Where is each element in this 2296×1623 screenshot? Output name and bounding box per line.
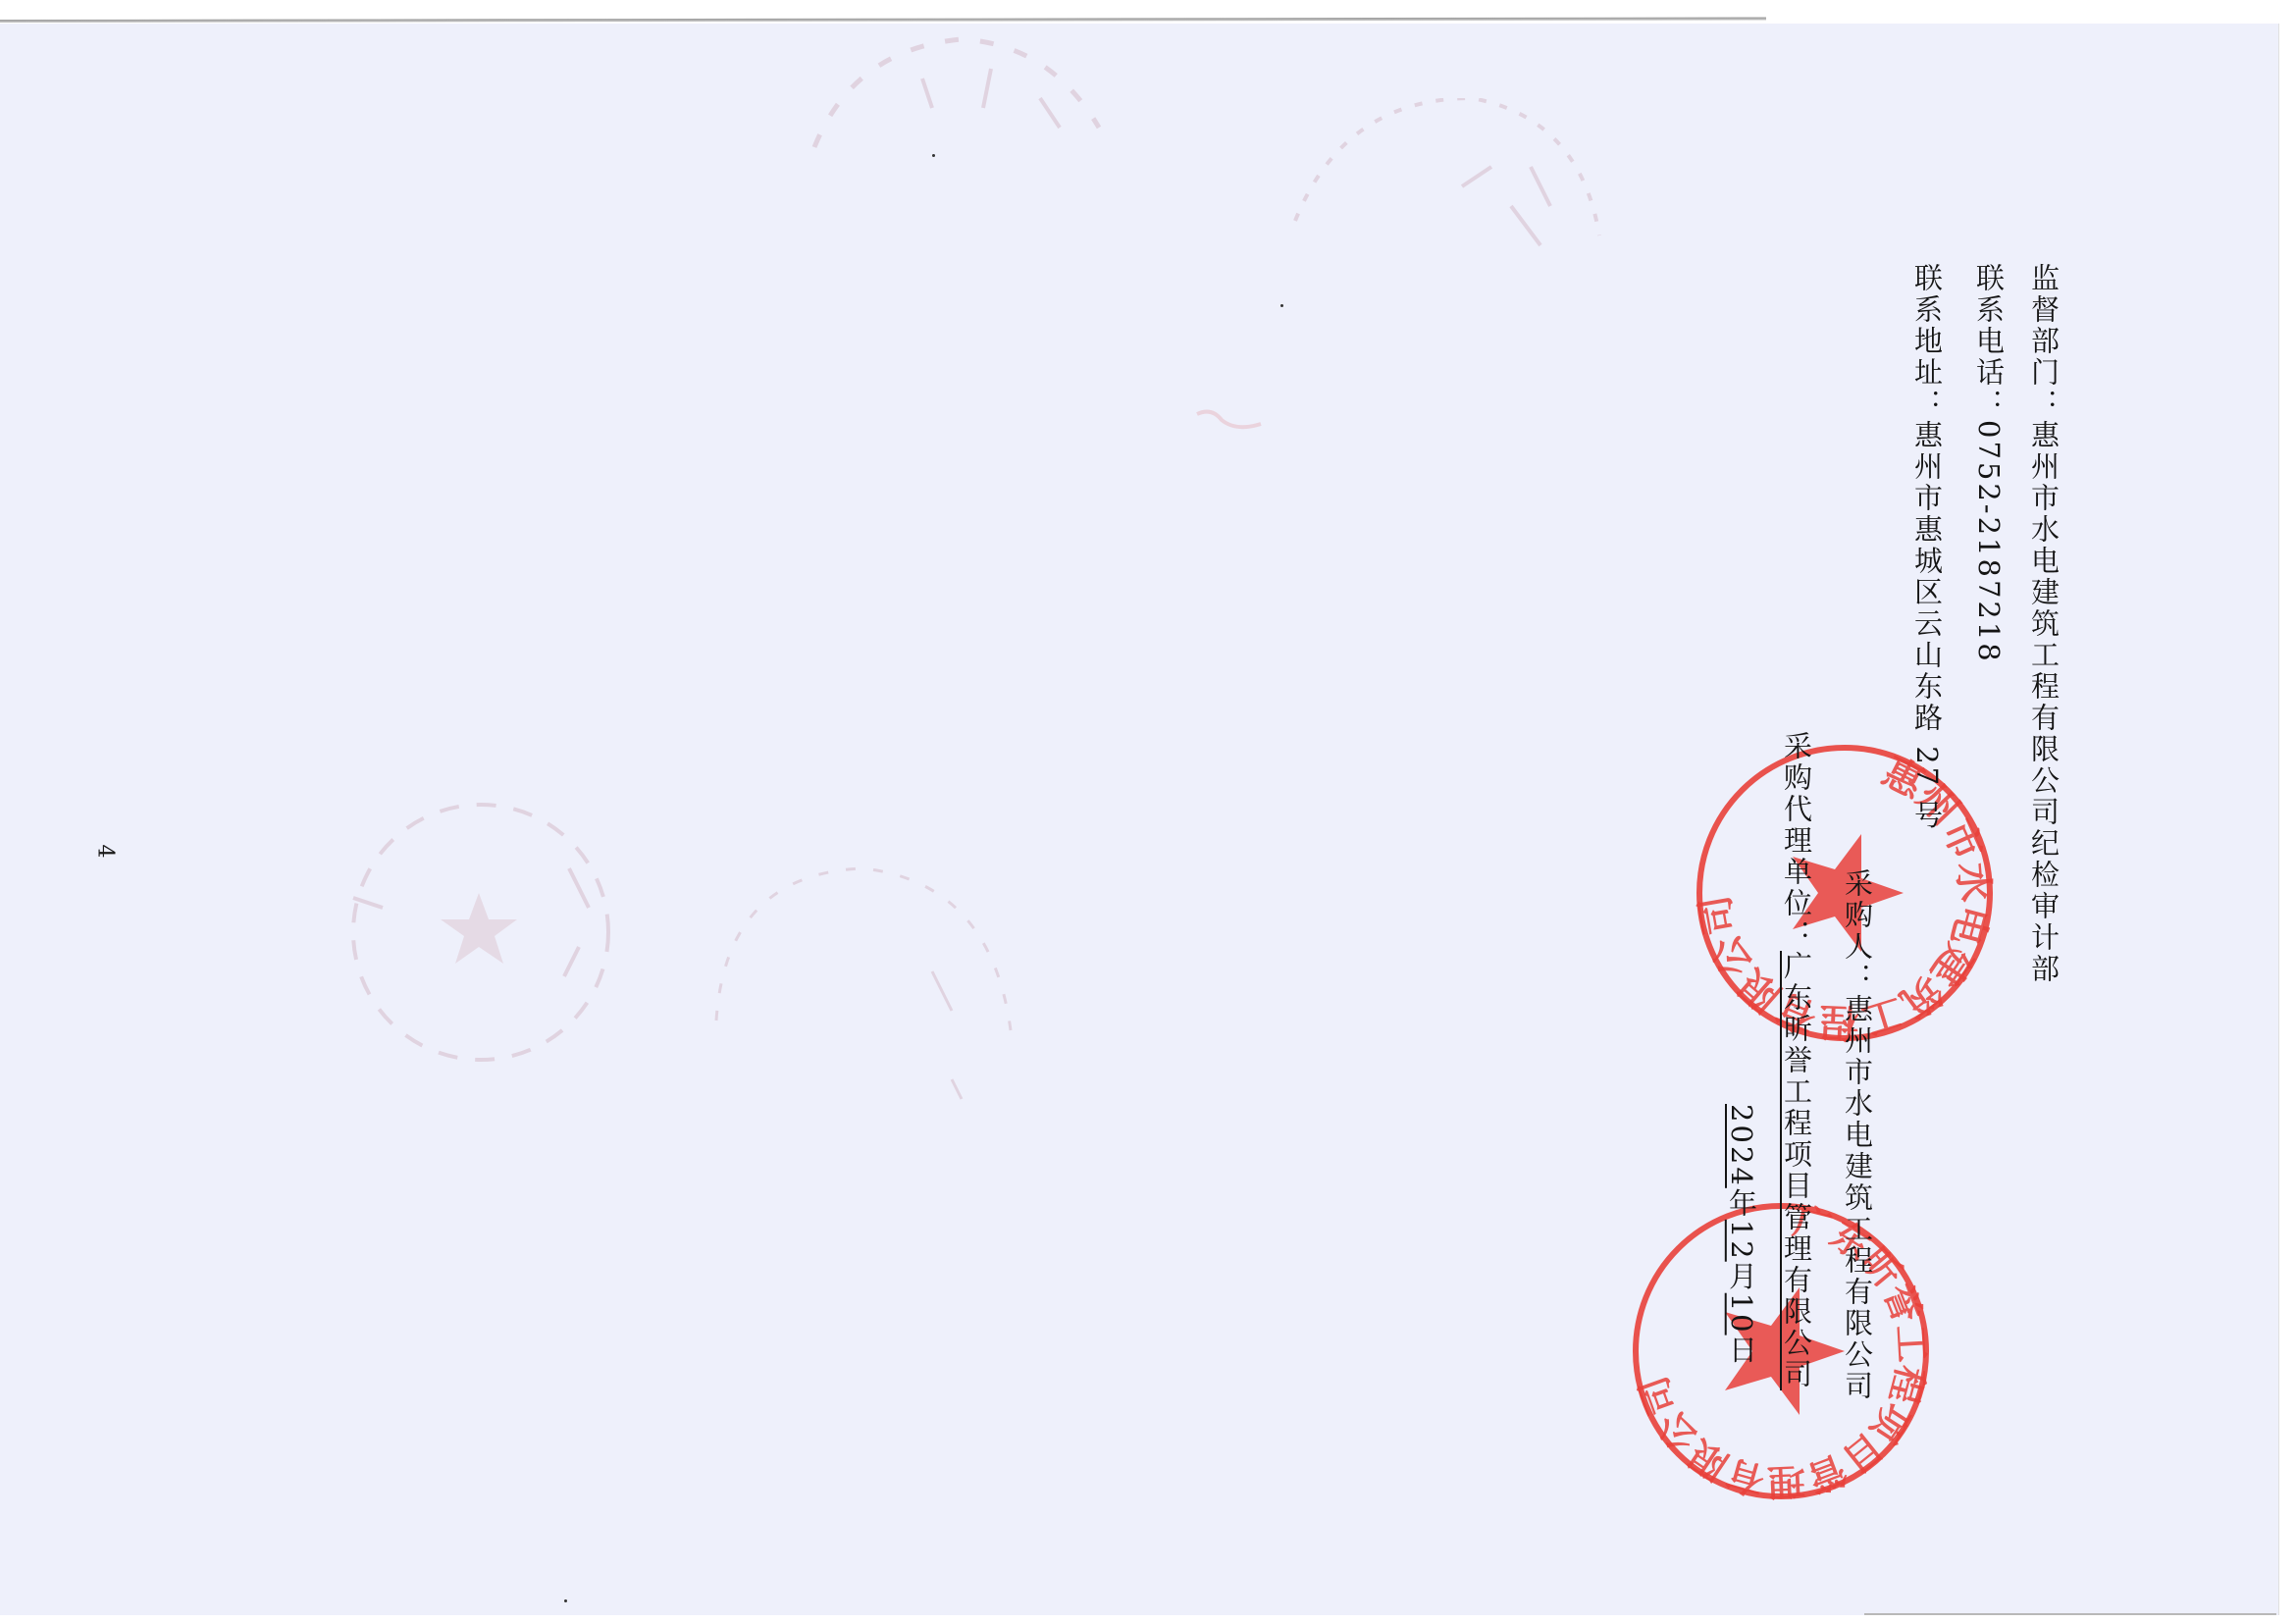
purchaser-value: 惠州市水电建筑工程有限公司 bbox=[1841, 994, 1874, 1402]
phone-label: 联系电话： bbox=[1972, 263, 2006, 420]
scan-speck bbox=[1280, 304, 1283, 307]
scan-edge-right bbox=[2278, 24, 2279, 1615]
address-line: 联系地址：惠州市惠城区云山东路 27 号 bbox=[1910, 263, 1944, 831]
purchaser-line: 采购人：惠州市水电建筑工程有限公司 bbox=[1841, 868, 1874, 1402]
ghost-seal-left bbox=[324, 800, 638, 1074]
purchaser-label: 采购人： bbox=[1841, 868, 1874, 994]
date-day-suffix: 日 bbox=[1725, 1335, 1758, 1367]
ghost-mark bbox=[1192, 402, 1271, 442]
date-day: 10 bbox=[1725, 1293, 1758, 1335]
supervision-value: 惠州市水电建筑工程有限公司纪检审计部 bbox=[2027, 420, 2061, 985]
date-month-suffix: 月 bbox=[1725, 1262, 1758, 1293]
page-number: 4 bbox=[93, 845, 118, 859]
supervision-label: 监督部门： bbox=[2027, 263, 2061, 420]
address-value: 惠州市惠城区云山东路 27 号 bbox=[1910, 420, 1944, 831]
agency-label: 采购代理单位： bbox=[1780, 731, 1813, 951]
agency-value: 广东昕誉工程项目管理有限公司 bbox=[1780, 951, 1813, 1390]
scan-speck bbox=[932, 154, 935, 157]
ghost-seal-top-right bbox=[1285, 98, 1639, 294]
agency-line: 采购代理单位：广东昕誉工程项目管理有限公司 bbox=[1780, 731, 1813, 1390]
date-month: 12 bbox=[1725, 1220, 1758, 1262]
supervision-line: 监督部门：惠州市水电建筑工程有限公司纪检审计部 bbox=[2027, 263, 2061, 985]
date-year: 2024 bbox=[1725, 1104, 1758, 1188]
scan-edge-bottom bbox=[1864, 1613, 2276, 1615]
address-label: 联系地址： bbox=[1910, 263, 1944, 420]
phone-value: 0752-2187218 bbox=[1972, 420, 2006, 664]
phone-line: 联系电话：0752-2187218 bbox=[1972, 263, 2006, 664]
ghost-seal-middle bbox=[706, 854, 1020, 1148]
ghost-seal-top-left bbox=[795, 20, 1119, 177]
scan-speck bbox=[564, 1599, 567, 1602]
signature-date: 2024年12月10日 bbox=[1725, 1104, 1758, 1367]
date-year-suffix: 年 bbox=[1725, 1188, 1758, 1220]
